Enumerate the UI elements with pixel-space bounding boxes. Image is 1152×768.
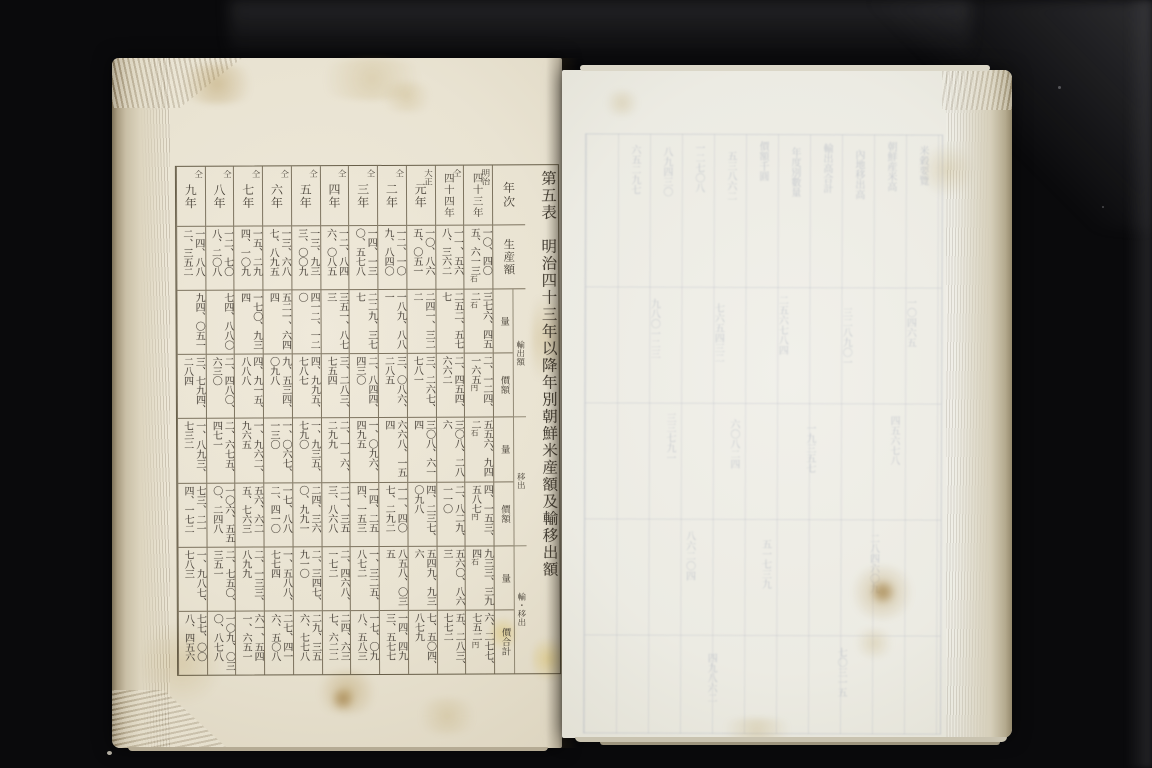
page-corner-curl <box>112 58 242 108</box>
value-cell: 一一、五六八、三六二 <box>436 226 464 290</box>
ghost-text: 七〇三一五 <box>834 647 846 697</box>
value-cell: 六六八、一五四 <box>379 418 407 482</box>
value-cell: 三〇八、二八六 <box>437 418 465 482</box>
year-column: 仝八年一二、七〇八、二〇八七四、八八〇二、四八〇、六三〇二、六七五、四七一一〇六… <box>205 167 236 675</box>
ghost-bleedthrough-table: 米穀要覽朝鮮産米高內地移出高輸出高合計年度別數量價額千圓五三八六二一二七〇八八九… <box>583 133 943 734</box>
background-haze <box>1126 0 1152 768</box>
value-cell: 三七六、四五二石 <box>465 290 493 354</box>
era-mark: 仝 <box>335 169 347 178</box>
value-cell: 三、七九四、二八四 <box>178 355 206 419</box>
ghost-text: 八九四三〇 <box>660 147 672 197</box>
value-cell: 二一、三五三、八六八 <box>322 483 350 547</box>
value-cell: 一二、七〇八、二〇八 <box>206 227 234 291</box>
ghost-grid-line <box>585 402 941 404</box>
dust-speck <box>107 751 112 755</box>
value-cell: 一〇六、五五〇、二四八 <box>207 483 235 547</box>
value-cell: 一四、二五四、一五三 <box>351 483 379 547</box>
value-cell: 三、二八三、七五四 <box>321 354 349 418</box>
value-cell: 五六〇、八六三 <box>437 546 465 610</box>
header-year-label: 年次 <box>500 181 517 209</box>
left-page: 第五表 明治四十三年以降年別朝鮮米産額及輸移出額 年次 生産額 量價額量價額量價… <box>112 58 562 748</box>
age-stain <box>602 90 642 116</box>
year-label: 九年 <box>182 183 199 209</box>
unit-mark: 石 <box>471 558 480 566</box>
header-row-label: 價合計 <box>495 610 514 673</box>
value-cell: 五五六、九四二石 <box>465 418 493 482</box>
value-cell: 二、三四七、九一〇 <box>293 547 321 611</box>
value-cell: 二、一一六、二九九 <box>322 419 350 483</box>
year-label: 五年 <box>297 183 314 209</box>
era-mark: 仝 <box>249 169 261 178</box>
ghost-text: 二五六七八四 <box>775 295 787 355</box>
year-label: 三年 <box>355 182 372 208</box>
ghost-text: 一〇四六五 <box>903 297 915 347</box>
header-production-label: 生産額 <box>501 238 517 276</box>
era-mark: 仝 <box>450 169 462 178</box>
value-cell: 五二一、六四四 <box>264 290 292 354</box>
ghost-text: 九八〇一二三 <box>647 299 659 359</box>
book-photo: 第五表 明治四十三年以降年別朝鮮米産額及輸移出額 年次 生産額 量價額量價額量價… <box>0 0 1152 768</box>
value-cell: 四、九一五、八八八 <box>235 355 263 419</box>
year-cell: 仝七年 <box>234 166 262 226</box>
ghost-text: 價額千圓 <box>756 141 768 181</box>
statistics-table: 第五表 明治四十三年以降年別朝鮮米産額及輸移出額 年次 生産額 量價額量價額量價… <box>175 164 561 676</box>
value-cell: 一一、四〇七、二九二 <box>379 482 407 546</box>
ghost-text: 三三七九一 <box>663 413 675 463</box>
page-under-top-edge <box>580 65 990 71</box>
value-cell: 七三、二一四、一七二 <box>178 483 206 547</box>
ghost-text: 年度別數量 <box>788 147 800 197</box>
era-mark: 仝 <box>364 169 376 178</box>
pages-below-edge <box>128 747 548 751</box>
value-cell: 一〇九、〇三〇、八七八 <box>207 611 235 674</box>
value-cell: 二、四五四、六六二 <box>436 354 464 418</box>
year-cell: 仝八年 <box>206 167 234 227</box>
year-label: 元年 <box>412 182 429 208</box>
header-row-label: 價額 <box>494 482 513 546</box>
value-cell: 八五八、〇三五 <box>380 547 408 611</box>
value-cell: 三、〇八六、二八五 <box>379 354 407 418</box>
unit-mark: 石 <box>469 301 478 309</box>
value-cell: 一〇、八六五、〇五一 <box>407 226 435 290</box>
value-cell: 四、九九五、七八七 <box>293 354 321 418</box>
year-column: 仝三年一四、一三〇、五七八二二九、三七七二、八四四、四三〇一、〇九六、四九五一四… <box>348 166 379 674</box>
value-cell: 一五、二九四、一〇九 <box>235 226 263 290</box>
era-mark: 仝 <box>220 170 232 179</box>
page-edge-stack-left <box>112 58 170 748</box>
value-cell: 一、三二五、八七二 <box>351 547 379 611</box>
value-cell: 六、二七七、七五二円 <box>466 610 494 673</box>
value-cell: 二七、四一六、五〇八 <box>265 611 293 674</box>
value-cell: 一二、一〇九、八四〇 <box>378 226 406 290</box>
ghost-text: 三二八九〇一 <box>839 307 851 367</box>
value-cell: 一七、〇九八、五八三 <box>351 611 379 674</box>
year-cell: 大正元年 <box>407 166 435 226</box>
value-cell: 三、二六七、七八一 <box>408 354 436 418</box>
year-column: 仝九年一四、八八二、三五二九四、〇五一三、七九四、二八四一、八九三、七三二七三、… <box>176 167 207 675</box>
header-group-label: 輸出額 <box>513 289 526 417</box>
value-cell: 二四、六三七、六二二 <box>322 611 350 674</box>
value-cell: 七四、八八〇 <box>206 291 234 355</box>
year-cell: 仝六年 <box>263 166 291 226</box>
dust-speck <box>1058 86 1061 89</box>
value-cell: 七、五〇四、八七九 <box>409 611 437 674</box>
ghost-text: 四九八六二 <box>704 653 716 703</box>
header-row-label: 價額 <box>494 354 513 418</box>
ghost-text: 六〇八二四 <box>727 419 739 469</box>
year-cell: 仝五年 <box>292 166 320 226</box>
value-cell: 一七、八八二、四一〇 <box>264 483 292 547</box>
table-title-column: 第五表 明治四十三年以降年別朝鮮米産額及輸移出額 <box>525 165 560 673</box>
value-cell: 七七、〇〇八、四五六 <box>179 612 207 675</box>
ghost-text: 輸出高合計 <box>820 143 832 193</box>
ghost-text: 內地移出高 <box>852 149 864 199</box>
age-stain <box>377 82 437 112</box>
unit-mark: 円 <box>471 641 480 649</box>
value-cell: 一、九三五、七九〇 <box>293 419 321 483</box>
page-edge-stack-right <box>946 70 1012 738</box>
value-cell: 五六、六二五、七六三 <box>236 483 264 547</box>
ghost-text: 一九三五七 <box>803 423 815 473</box>
year-cell: 明治四十三年 <box>464 165 492 225</box>
era-mark: 仝 <box>306 169 318 178</box>
page-corner-curl <box>112 690 227 748</box>
value-cell: 二、六七五、四七一 <box>207 419 235 483</box>
era-mark: 仝 <box>393 169 405 178</box>
era-mark: 明治 <box>479 168 491 185</box>
value-cell: 九、五三四、〇九八 <box>264 355 292 419</box>
value-cell: 二四、三六〇、九九一 <box>293 483 321 547</box>
value-cell: 一三、九三三、〇〇九 <box>292 226 320 290</box>
year-cell: 仝九年 <box>177 167 205 227</box>
year-cell: 仝三年 <box>349 166 377 226</box>
value-cell: 二九、三五六、七七八 <box>294 611 322 674</box>
value-cell: 二五二、五七七 <box>436 290 464 354</box>
age-stain <box>412 698 482 734</box>
year-cell: 仝四年 <box>320 166 348 226</box>
year-label: 七年 <box>240 183 257 209</box>
year-label: 二年 <box>383 182 400 208</box>
ghost-text: 八六二〇四 <box>682 531 694 581</box>
header-year: 年次 <box>493 165 525 225</box>
year-cell: 仝二年 <box>378 166 406 226</box>
year-label: 四年 <box>326 183 343 209</box>
year-column: 仝六年一三、六八七、八九五五二一、六四四九、五三四、〇九八一、〇六七、一三〇一七… <box>262 166 293 674</box>
pages-below-edge <box>600 742 1000 745</box>
value-cell: 三〇八、六一四 <box>408 418 436 482</box>
year-column: 仝四十四年一一、五六八、三六二二五二、五七七二、四五四、六六二三〇八、二八六二、… <box>434 166 465 674</box>
value-cell: 一、五八八、七七四 <box>265 547 293 611</box>
year-label: 八年 <box>211 183 228 209</box>
ghost-text: 四五六七八 <box>887 415 899 465</box>
age-stain <box>312 670 382 714</box>
value-cell: 二、四六八、一七二 <box>322 547 350 611</box>
value-cell: 四、二三七、〇九八 <box>408 482 436 546</box>
year-column: 仝四年一二、八四六、〇八五三五一、八七三三、二八三、七五四二、一一六、二九九二一… <box>319 166 350 674</box>
right-page: 米穀要覽朝鮮産米高內地移出高輸出高合計年度別數量價額千圓五三八六二一二七〇八八九… <box>562 70 1012 738</box>
unit-mark: 円 <box>470 513 479 521</box>
value-cell: 一七〇、九三四 <box>235 291 263 355</box>
value-cell: 五四九、九三六 <box>408 546 436 610</box>
year-column: 明治四十三年一〇、四〇五、六一三石三七六、四五二石二、一二四、一六五円五五六、九… <box>463 165 494 673</box>
unit-mark: 石 <box>470 429 479 437</box>
value-cell: 三五一、八七三 <box>321 290 349 354</box>
era-mark: 仝 <box>192 170 204 179</box>
age-stain <box>330 688 356 710</box>
value-cell: 二、四八〇、六三〇 <box>206 355 234 419</box>
ghost-text: 二八四六〇九 <box>866 533 878 593</box>
header-row-labels: 量價額量價額量價合計 <box>493 289 514 673</box>
value-cell: 一四、八八二、三五二 <box>177 227 205 291</box>
value-cell: 一二、八四六、〇八五 <box>321 226 349 290</box>
value-cell: 二二九、三七七 <box>350 290 378 354</box>
ghost-text: 米穀要覽 <box>916 146 928 186</box>
value-cell: 一、〇六七、一三〇 <box>264 419 292 483</box>
value-cell: 一八九、八八一 <box>378 290 406 354</box>
year-label: 四十四年 <box>442 172 457 218</box>
header-row-label: 量 <box>495 546 514 610</box>
value-cell: 一三、六八七、八九五 <box>263 226 291 290</box>
value-cell: 二、一三三、八九九 <box>236 547 264 611</box>
unit-mark: 石 <box>469 275 478 283</box>
value-cell: 五、二八三、七七二 <box>437 610 465 673</box>
value-cell: 二、八二九、一一〇 <box>437 482 465 546</box>
unit-mark: 円 <box>470 384 479 392</box>
table-title: 第五表 明治四十三年以降年別朝鮮米産額及輸移出額 <box>533 165 565 578</box>
value-cell: 二、八四四、四三〇 <box>350 354 378 418</box>
value-cell: 一、九八七、七八三 <box>178 547 206 611</box>
value-cell: 一〇、四〇五、六一三石 <box>464 225 492 289</box>
header-groups: 量價額量價額量價合計 輸出額移出輸・移出 <box>493 289 527 673</box>
ghost-grid-line <box>586 286 942 288</box>
value-cell: 二四一、三二二 <box>407 290 435 354</box>
page-corner-curl <box>942 70 1012 110</box>
header-row-label: 量 <box>493 289 512 353</box>
value-cell: 四、一五三、五八七円 <box>466 482 494 546</box>
ghost-text: 一二七〇八 <box>692 143 704 193</box>
value-cell: 一、八九三、七三二 <box>178 419 206 483</box>
era-mark: 大正 <box>421 169 433 186</box>
ghost-text: 朝鮮産米高 <box>884 141 896 191</box>
value-cell: 一、〇九六、四九五 <box>350 418 378 482</box>
dust-speck <box>1102 206 1104 208</box>
header-group-label: 移出 <box>514 418 527 546</box>
value-cell: 一、九六二、九六五 <box>235 419 263 483</box>
value-cell: 四一二、一二〇 <box>292 290 320 354</box>
year-label: 六年 <box>268 183 285 209</box>
ghost-text: 五一七三九 <box>758 539 770 589</box>
year-column: 仝二年一二、一〇九、八四〇一八九、八八一三、〇八六、二八五六六八、一五四一一、四… <box>377 166 408 674</box>
era-mark: 仝 <box>278 169 290 178</box>
year-cell: 仝四十四年 <box>435 166 463 226</box>
age-stain <box>307 58 437 100</box>
value-cell: 二、一二四、一六五円 <box>465 354 493 418</box>
header-group-label: 輸・移出 <box>515 546 528 673</box>
table-header-column: 年次 生産額 量價額量價額量價合計 輸出額移出輸・移出 <box>492 165 527 673</box>
year-column: 仝七年一五、二九四、一〇九一七〇、九三四四、九一五、八八八一、九六二、九六五五六… <box>233 166 264 674</box>
header-row-label: 量 <box>494 418 513 482</box>
value-cell: 九三三、三九四石 <box>466 546 494 610</box>
ghost-text: 五三八六二 <box>724 151 736 201</box>
value-cell: 一四、四九三、五七七 <box>380 611 408 674</box>
ghost-text: 七六五四三二 <box>711 303 723 363</box>
value-cell: 一四、一三〇、五七八 <box>349 226 377 290</box>
header-production: 生産額 <box>493 225 525 289</box>
year-column: 仝五年一三、九三三、〇〇九四一二、一二〇四、九九五、七八七一、九三五、七九〇二四… <box>291 166 322 674</box>
ghost-grid-line <box>585 518 941 520</box>
year-column: 大正元年一〇、八六五、〇五一二四一、三二二三、二六七、七八一三〇八、六一四四、二… <box>406 166 437 674</box>
ghost-text: 六五二九七 <box>628 145 640 195</box>
ghost-grid-line <box>584 634 940 636</box>
value-cell: 六一、五四一、六五一 <box>236 611 264 674</box>
value-cell: 九四、〇五一 <box>177 291 205 355</box>
value-cell: 二、七五〇、三五一 <box>207 547 235 611</box>
